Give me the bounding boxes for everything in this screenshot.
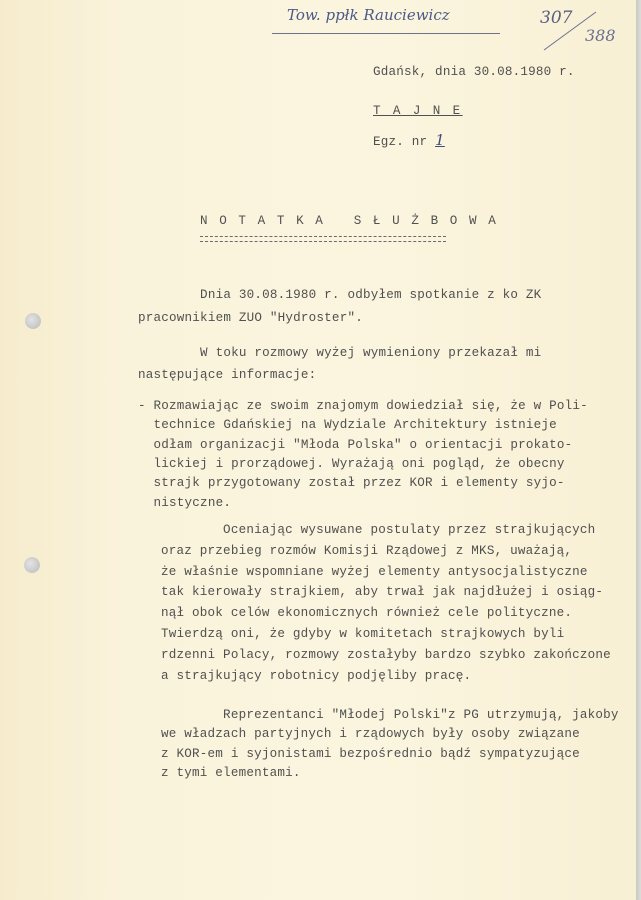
text-line: z KOR-em i syjonistami bezpośrednio bądź…	[161, 748, 580, 761]
text-line: oraz przebieg rozmów Komisji Rządowej z …	[161, 545, 572, 558]
text-line: Reprezentanci "Młodej Polski"z PG utrzym…	[161, 709, 619, 722]
handwritten-addressee: Tow. ppłk Rauciewicz	[287, 6, 450, 24]
text-line: W toku rozmowy wyżej wymieniony przekaza…	[138, 347, 541, 360]
text-line: odłam organizacji "Młoda Polska" o orien…	[138, 439, 572, 452]
page-edge	[636, 0, 641, 900]
text-line: pracownikiem ZUO "Hydroster".	[138, 312, 363, 325]
text-line: że właśnie wspomniane wyżej elementy ant…	[161, 566, 588, 579]
text-line: Dnia 30.08.1980 r. odbyłem spotkanie z k…	[138, 289, 541, 302]
copy-label: Egz. nr	[373, 135, 427, 149]
text-line: lickiej i prorządowej. Wyrażają oni pogl…	[138, 458, 565, 471]
text-line: następujące informacje:	[138, 369, 316, 382]
title-double-underline	[200, 236, 446, 242]
document-title: N O T A T K A S Ł U Ż B O W A	[200, 215, 498, 228]
handwritten-underline	[272, 33, 500, 34]
text-line: strajk przygotowany został przez KOR i e…	[138, 477, 565, 490]
text-line: z tymi elementami.	[161, 767, 301, 780]
punch-hole	[25, 313, 41, 329]
text-line: nistyczne.	[138, 497, 231, 510]
text-line: we władzach partyjnych i rządowych były …	[161, 728, 580, 741]
text-line: rdzenni Polacy, rozmowy zostałyby bardzo…	[161, 649, 611, 662]
classification: T A J N E	[373, 105, 463, 118]
text-line: Twierdzą oni, że gdyby w komitetach stra…	[161, 628, 564, 641]
punch-hole	[24, 557, 40, 573]
page-number: 388	[585, 26, 616, 45]
text-line: tak kierowały strajkiem, aby trwał jak n…	[161, 586, 603, 599]
text-line: Oceniając wysuwane postulaty przez straj…	[161, 524, 595, 537]
place-date: Gdańsk, dnia 30.08.1980 r.	[373, 66, 575, 79]
text-line: nął obok celów ekonomicznych również cel…	[161, 607, 572, 620]
text-line: - Rozmawiając ze swoim znajomym dowiedzi…	[138, 400, 588, 413]
copy-number: 1	[435, 131, 445, 149]
text-line: technice Gdańskiej na Wydziale Architekt…	[138, 419, 557, 432]
text-line: a strajkujący robotnicy podjęliby pracę.	[161, 670, 471, 683]
copy-line: Egz. nr 1	[373, 133, 445, 149]
